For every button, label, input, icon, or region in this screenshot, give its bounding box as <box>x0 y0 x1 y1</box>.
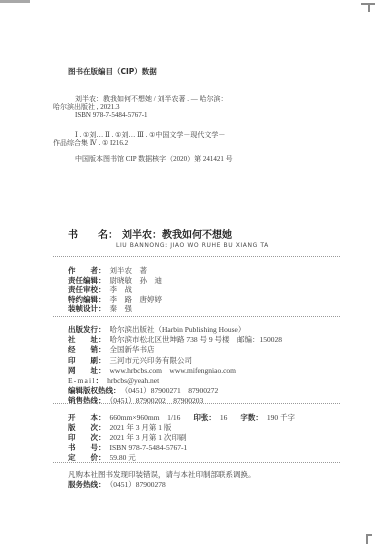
cip-classification: Ⅰ . ①刘… Ⅱ . ①刘… Ⅲ . ①中国文学－现代文学－ 作品综合集 Ⅳ … <box>53 131 225 147</box>
price-row: 定价：59.80 元 <box>68 452 295 462</box>
colon: ： <box>98 285 106 294</box>
book-title-pinyin: LIU BANNONG: JIAO WO RUHE BU XIANG TA <box>116 242 269 249</box>
field-value: 三河市元兴印务有限公司 <box>110 356 193 365</box>
colon: ： <box>98 423 106 432</box>
isbn-row: 书号：ISBN 978-7-5484-5767-1 <box>68 442 295 452</box>
field-value: 全国新华书店 <box>110 345 155 354</box>
colon: ： <box>255 413 263 422</box>
colon: ： <box>98 480 106 489</box>
colon: ： <box>98 443 106 452</box>
field-value: 李 战 <box>110 285 133 294</box>
dotted-separator <box>53 462 340 463</box>
colon: ： <box>98 304 106 313</box>
publisher-row: 出版发行：哈尔滨出版社（Harbin Publishing House） <box>68 324 282 334</box>
colon: ： <box>208 413 216 422</box>
colon: ： <box>98 356 106 365</box>
field-value: （0451）87900271 87900272 <box>125 386 219 395</box>
dotted-separator <box>53 256 340 257</box>
service-hotline-row: 服务热线：（0451）87900278 <box>68 480 256 490</box>
field-value: 哈尔滨出版社（Harbin Publishing House） <box>110 325 246 334</box>
colon: ： <box>98 325 106 334</box>
cip-registry-number: 中国版本图书馆 CIP 数据核字（2020）第 241421 号 <box>75 154 233 164</box>
cip-header: 图书在版编目（CIP）数据 <box>68 66 157 77</box>
cip-record-line: 哈尔滨出版社 , 2021.3 <box>53 103 227 111</box>
crop-mark-bottom-right <box>366 534 372 536</box>
field-value: hrbcbs@yeah.net <box>107 376 159 385</box>
colon: ： <box>98 413 106 422</box>
credits-section: 作者：刘半农 著 责任编辑：尉晓敏 孙 迪 责任审校：李 战 特约编辑：李 路 … <box>68 265 162 313</box>
field-value: 刘半农 著 <box>110 266 148 275</box>
field-label: 字数 <box>240 413 255 422</box>
colon: ： <box>98 453 106 462</box>
impression-row: 印次：2021 年 3 月第 1 次印刷 <box>68 432 295 442</box>
dotted-separator <box>53 403 340 404</box>
field-label: 装帧设计 <box>68 303 98 314</box>
crop-mark-bottom-right <box>366 534 368 544</box>
scan-artifact-strip <box>0 0 30 3</box>
address-row: 社址：哈尔滨市松北区世坤路 738 号 9 号楼 邮编：150028 <box>68 334 282 344</box>
field-value: 2021 年 3 月第 1 次印刷 <box>110 433 187 442</box>
colon: ： <box>96 376 104 385</box>
copyright-hotline-row: 编辑版权热线：（0451）87900271 87900272 <box>68 385 282 395</box>
field-value: 16 <box>220 413 228 422</box>
website-row: 网址：www.hrbcbs.com www.mifengniao.com <box>68 365 282 375</box>
publishing-section: 出版发行：哈尔滨出版社（Harbin Publishing House） 社址：… <box>68 324 282 406</box>
field-value: 59.80 元 <box>110 453 136 462</box>
colon: ： <box>98 335 106 344</box>
cip-class-line: Ⅰ . ①刘… Ⅱ . ①刘… Ⅲ . ①中国文学－现代文学－ <box>53 131 225 139</box>
field-value: 660mm×960mm 1/16 <box>110 413 181 422</box>
colon: ： <box>98 266 106 275</box>
footer-section: 凡购本社图书发现印装错误，请与本社印制部联系调换。 服务热线：（0451）879… <box>68 470 256 490</box>
field-label: 服务热线 <box>68 480 98 489</box>
specs-section: 开本：660mm×960mm 1/16印张：16字数：190 千字 版次：202… <box>68 412 295 462</box>
dotted-separator <box>53 316 340 317</box>
misprint-notice: 凡购本社图书发现印装错误，请与本社印制部联系调换。 <box>68 470 256 480</box>
cip-record: 刘半农：教我如何不想她 / 刘半农著 . — 哈尔滨： 哈尔滨出版社 , 202… <box>53 95 227 119</box>
format-row: 开本：660mm×960mm 1/16印张：16字数：190 千字 <box>68 412 295 422</box>
colon: ： <box>98 433 106 442</box>
colon: ： <box>98 366 106 375</box>
distribution-row: 经销：全国新华书店 <box>68 344 282 354</box>
edition-row: 版次：2021 年 3 月第 1 版 <box>68 422 295 432</box>
author-row: 作者：刘半农 著 <box>68 265 162 275</box>
cip-class-line: 作品综合集 Ⅳ . ① I216.2 <box>53 139 225 147</box>
email-row: E-mail：hrbcbs@yeah.net <box>68 375 282 385</box>
field-label: 销售热线 <box>68 395 98 406</box>
designer-row: 装帧设计：秦 强 <box>68 303 162 313</box>
field-value: ISBN 978-7-5484-5767-1 <box>110 443 188 452</box>
cip-record-line: 刘半农：教我如何不想她 / 刘半农著 . — 哈尔滨： <box>53 95 227 103</box>
editor-row: 责任编辑：尉晓敏 孙 迪 <box>68 275 162 285</box>
book-title-row: 书名：刘半农：教我如何不想她 <box>68 226 232 241</box>
copyright-page: 图书在版编目（CIP）数据 刘半农：教我如何不想她 / 刘半农著 . — 哈尔滨… <box>0 0 375 544</box>
colon: ： <box>98 345 106 354</box>
printing-row: 印刷：三河市元兴印务有限公司 <box>68 355 282 365</box>
field-label: 编辑版权热线 <box>68 386 113 395</box>
colon: ： <box>113 386 121 395</box>
book-title: 刘半农：教我如何不想她 <box>122 230 232 241</box>
book-title-label: 书名 <box>68 226 108 241</box>
field-value: 哈尔滨市松北区世坤路 738 号 9 号楼 邮编：150028 <box>110 335 283 344</box>
field-value: 190 千字 <box>267 413 295 422</box>
field-value: 2021 年 3 月第 1 版 <box>110 423 172 432</box>
colon: ： <box>108 230 118 241</box>
special-editor-row: 特约编辑：李 路 唐婷婷 <box>68 294 162 304</box>
field-value: 秦 强 <box>110 304 133 313</box>
field-value: （0451）87900278 <box>110 480 166 489</box>
crop-mark-top-right <box>368 3 370 12</box>
field-label: E-mail <box>68 376 96 385</box>
field-label: 印张 <box>193 413 208 422</box>
field-value: www.hrbcbs.com www.mifengniao.com <box>110 366 237 375</box>
proofreader-row: 责任审校：李 战 <box>68 284 162 294</box>
cip-isbn-line: ISBN 978-7-5484-5767-1 <box>53 111 227 119</box>
